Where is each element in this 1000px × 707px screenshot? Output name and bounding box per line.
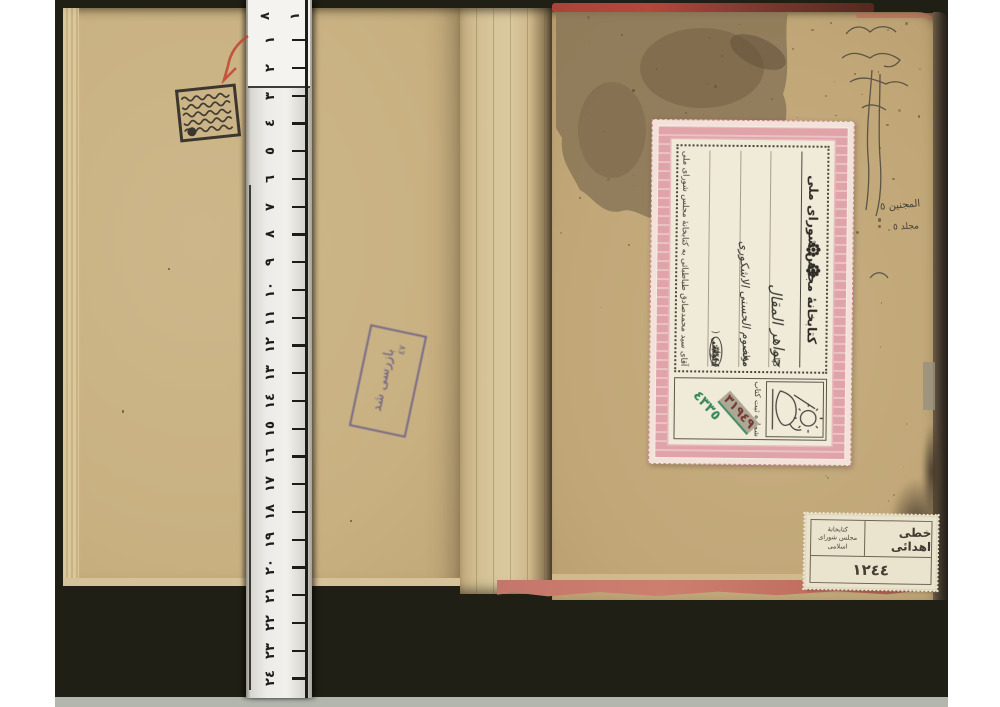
registration-numbers: ٣١٩٤٩ ٤٣٣٥ (674, 378, 753, 439)
ruler-number: ٣ (263, 81, 279, 111)
ruler-number: ١٥ (263, 414, 279, 444)
ruler-number: ١٠ (263, 275, 279, 305)
inspection-stamp-text: بازرسی شد (369, 347, 397, 412)
ruler-number: ٦ (263, 164, 279, 194)
ruler-number: ١١ (263, 303, 279, 333)
ruler-tick (292, 372, 305, 374)
ruler-number: ٧ (263, 192, 279, 222)
ruler-tick (292, 95, 305, 97)
gift-label-number: ١٢٤٤ (810, 556, 930, 584)
donor-line: آقای سید محمدصادق طباطبائی به کتابخانهٔ … (679, 151, 691, 366)
ruler-number: ٥ (263, 136, 279, 166)
donor-row: آقای سید محمدصادق طباطبائی به کتابخانهٔ … (678, 150, 710, 366)
gift-label-library-line: اسلامی (827, 542, 847, 550)
book-title-handwritten: جواهر المقال (769, 284, 789, 367)
volume-row: جلد ( ١٣٤٤ ) از کتب ( خطی ) اهدائی (708, 151, 741, 367)
grey-edge-patch (923, 362, 935, 410)
red-pencil-mark (214, 32, 258, 84)
owner-seal-stamp (174, 83, 241, 143)
author-row: مؤلف معصوم الحسنی الاشکوری (738, 151, 771, 367)
ruler-number: ١ (263, 25, 279, 55)
manuscript-scan: ٨ ١ ١٢٣٤٥٦٧٨٩١٠١١١٢١٣١٤١٥١٦١٧١٨١٩٢٠٢١٢٢٢… (0, 0, 1000, 707)
ruler-tick (292, 39, 305, 41)
ruler-tick (292, 122, 305, 124)
ruler-tick (292, 317, 305, 319)
ruler-tick (292, 67, 305, 69)
ruler-number: ١٢ (263, 330, 279, 360)
ruler-tick (292, 428, 305, 430)
gift-label-top-row: خطی اهدائی کتابخانهٔ مجلس شورای اسلامی (811, 520, 932, 558)
ruler-number: ١٧ (263, 469, 279, 499)
marginal-note: مجلد ٥ (893, 221, 920, 232)
gift-label-library: کتابخانهٔ مجلس شورای اسلامی (811, 520, 864, 556)
registration-number-green: ٤٣٣٥ (690, 387, 725, 423)
ruler-tick (292, 455, 305, 457)
ruler-number: ٨ (263, 219, 279, 249)
volume-suffix: ) اهدائی (710, 337, 720, 366)
bookplate-card: شماره ثبت کتاب ٣١٩٤٩ ٤٣٣٥ کتابخانهٔ مجلس… (648, 119, 855, 466)
ruler-number: ١٦ (263, 441, 279, 471)
gift-label-frame: خطی اهدائی کتابخانهٔ مجلس شورای اسلامی ١… (809, 519, 932, 585)
ruler-number: ٢٤ (263, 663, 279, 693)
ruler-number: ١٤ (263, 386, 279, 416)
scanner-bed-strip (55, 697, 948, 707)
gutter-page-edge-lines (460, 8, 552, 594)
ruler-tick (292, 483, 305, 485)
ruler-number: ١٩ (263, 525, 279, 555)
ruler-number: ١٨ (263, 497, 279, 527)
ruler-tick (292, 289, 305, 291)
author-handwritten: معصوم الحسنی الاشکوری (738, 241, 754, 367)
measuring-ruler: ٨ ١ ١٢٣٤٥٦٧٨٩١٠١١١٢١٣١٤١٥١٦١٧١٨١٩٢٠٢١٢٢٢… (246, 0, 312, 698)
inspection-stamp-number: ٤٧ (396, 344, 408, 356)
bookplate-content: شماره ثبت کتاب ٣١٩٤٩ ٤٣٣٥ کتابخانهٔ مجلس… (668, 139, 834, 446)
ruler-tick (292, 539, 305, 541)
gift-label-type: خطی اهدائی (864, 521, 932, 557)
ruler-tick (292, 233, 305, 235)
ruler-tick (292, 677, 305, 679)
library-bookplate: شماره ثبت کتاب ٣١٩٤٩ ٤٣٣٥ کتابخانهٔ مجلس… (648, 119, 855, 466)
ruler-number: ٢١ (263, 580, 279, 610)
ruler-tick (292, 511, 305, 513)
registration-column: شماره ثبت کتاب ٣١٩٤٩ ٤٣٣٥ (673, 377, 827, 441)
ruler-tick (292, 178, 305, 180)
library-title: کتابخانهٔ مجلس شورای ملی (805, 175, 822, 344)
ruler-tick (292, 650, 305, 652)
paper-speck (168, 268, 170, 270)
registration-label: شماره ثبت کتاب (752, 379, 764, 439)
ruler-number: ٩ (263, 247, 279, 277)
ruler-tick (292, 206, 305, 208)
ruler-tick (292, 150, 305, 152)
book-title-row: کتاب جواهر المقال (769, 151, 802, 367)
ruler-number: ٢٠ (263, 552, 279, 582)
dark-streak-right-edge (922, 424, 942, 520)
ruler-number: ٢٣ (263, 636, 279, 666)
ruler-tick (292, 344, 305, 346)
ruler-tick (292, 622, 305, 624)
ruler-number: ٢٢ (263, 608, 279, 638)
paper-speck (350, 520, 352, 522)
gift-label: خطی اهدائی کتابخانهٔ مجلس شورای اسلامی ١… (805, 515, 936, 589)
lion-and-sun-emblem (765, 381, 824, 438)
left-page-edges (63, 8, 79, 586)
ruler-tick (292, 400, 305, 402)
paper-speck (122, 410, 124, 413)
ruler-number: ٢ (263, 53, 279, 83)
ruler-tick (292, 261, 305, 263)
ruler-number: ١٣ (263, 358, 279, 388)
ruler-number: ٤ (263, 108, 279, 138)
ruler-tick (292, 566, 305, 568)
ruler-scale: ١٢٣٤٥٦٧٨٩١٠١١١٢١٣١٤١٥١٦١٧١٨١٩٢٠٢١٢٢٢٣٢٤ (246, 0, 312, 698)
bookplate-title-row: کتابخانهٔ مجلس شورای ملی (799, 152, 825, 368)
ruler-tick (292, 594, 305, 596)
bookplate-form: کتابخانهٔ مجلس شورای ملی کتاب جواهر المق… (674, 144, 829, 374)
